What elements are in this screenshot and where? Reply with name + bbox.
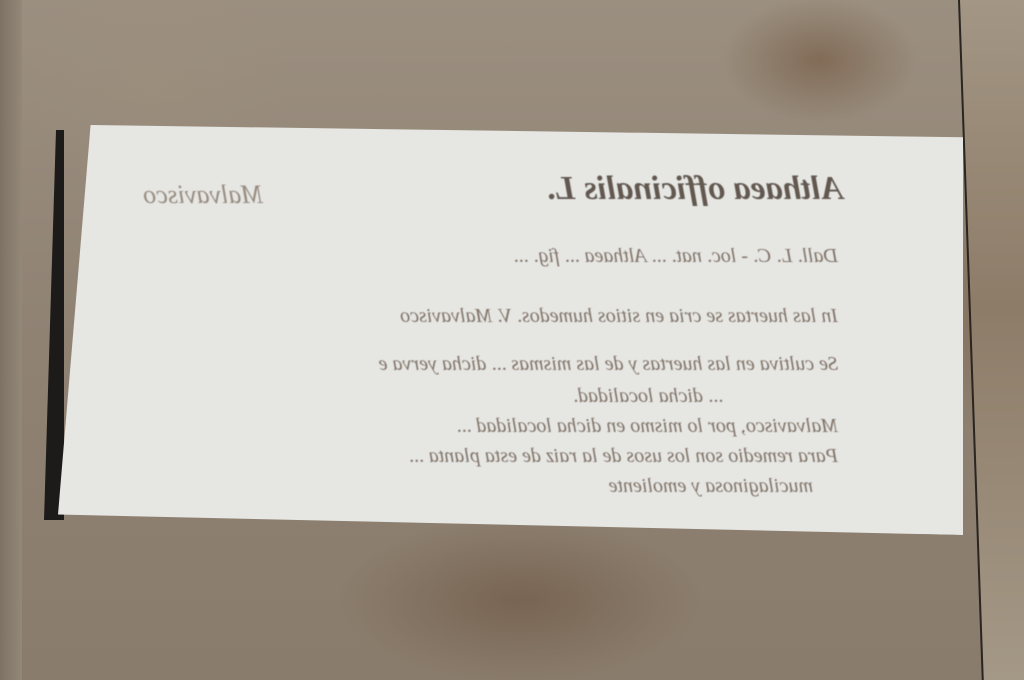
vernacular-name: Malvavisco <box>143 180 263 210</box>
species-title: Althaea officinalis L. <box>546 170 843 208</box>
label-line-5: Malvavisco, por lo mismo en dicha locali… <box>456 415 838 438</box>
label-line-6: Para remedio son los usos de la raiz de … <box>409 445 838 468</box>
label-line-3: Se cultiva en las huertas y de las misma… <box>379 353 838 376</box>
mirrored-handwriting: Althaea officinalis L. Malvavisco Dall. … <box>58 125 963 535</box>
label-line-2: In las huertas se cria en sitios humedos… <box>400 305 838 328</box>
label-line-1: Dall. L. C. - loc. nat. ... Althaea ... … <box>513 245 838 268</box>
herbarium-label: Althaea officinalis L. Malvavisco Dall. … <box>58 125 963 535</box>
page-left-edge <box>0 0 22 680</box>
label-line-7: mucilaginosa y emoliente <box>609 475 813 498</box>
label-line-4: ... dicha localidad. <box>573 385 723 408</box>
